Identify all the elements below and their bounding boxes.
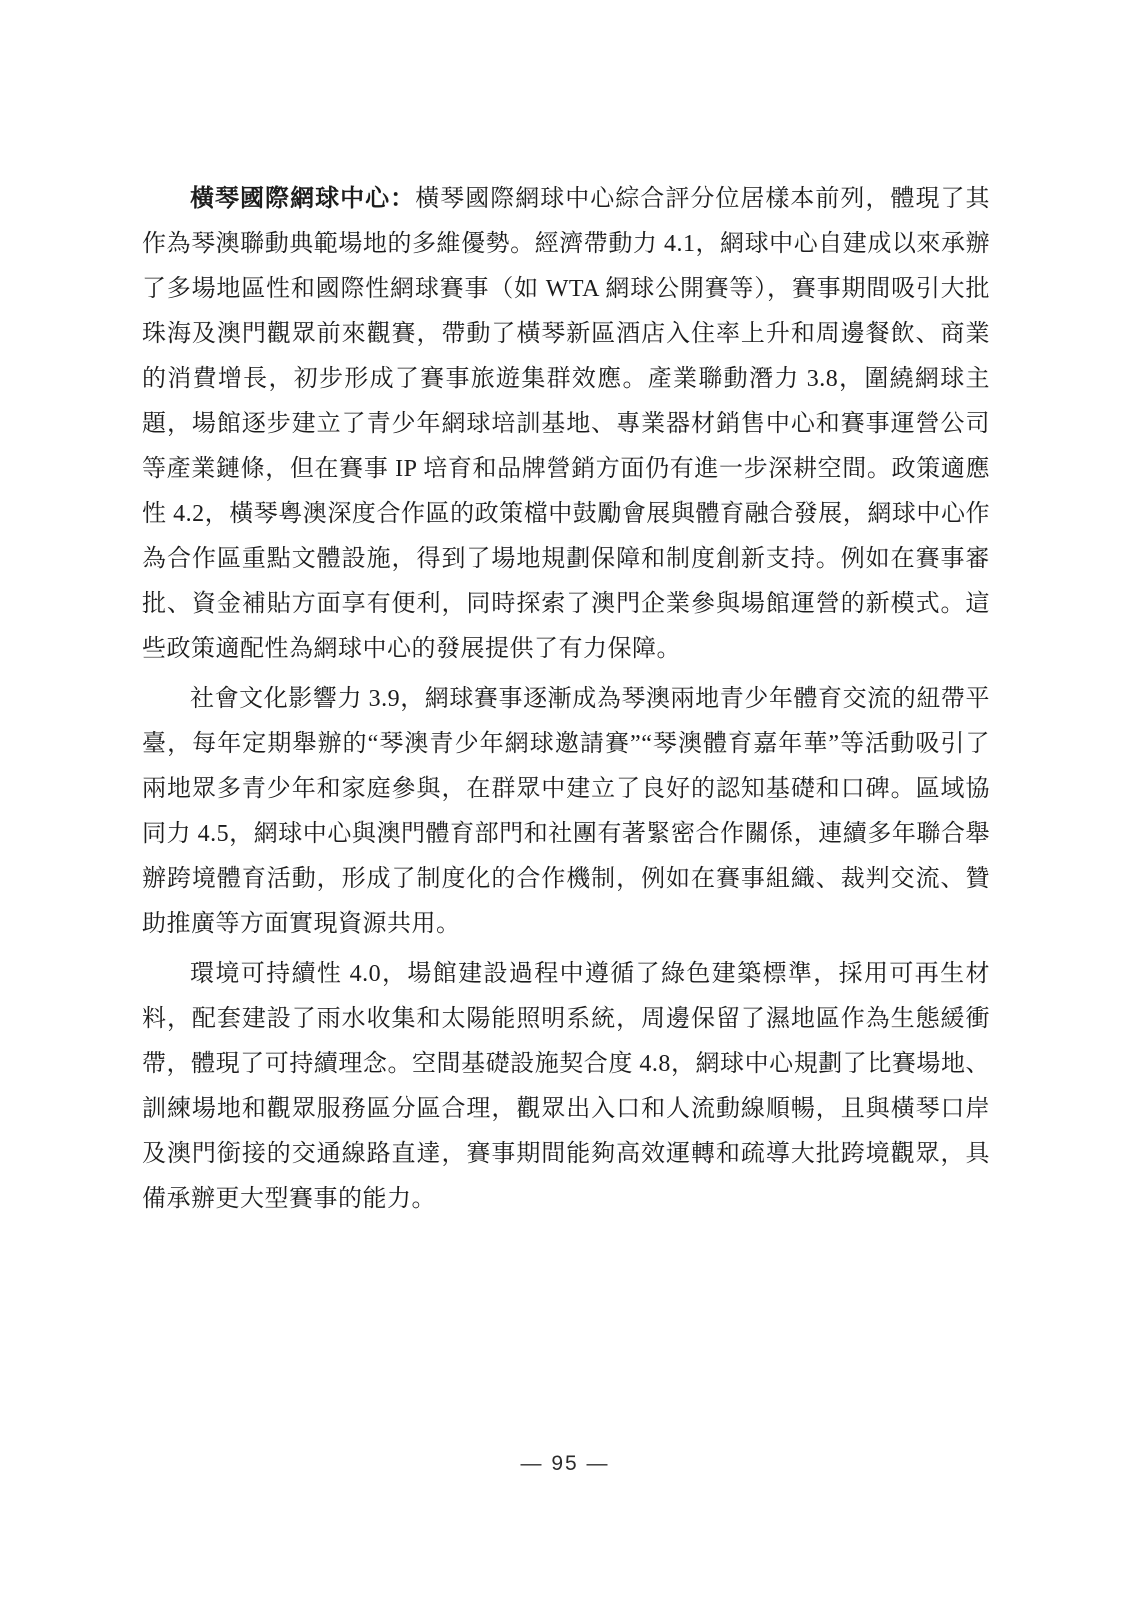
- paragraph-body: 社會文化影響力 3.9，網球賽事逐漸成為琴澳兩地青少年體育交流的紐帶平臺，每年定…: [142, 686, 990, 937]
- page-number: — 95 —: [520, 1452, 609, 1475]
- paragraph-lead: 橫琴國際網球中心：: [190, 186, 415, 212]
- paragraph-social-culture: 社會文化影響力 3.9，網球賽事逐漸成為琴澳兩地青少年體育交流的紐帶平臺，每年定…: [142, 677, 990, 947]
- document-page: 橫琴國際網球中心：橫琴國際網球中心綜合評分位居樣本前列，體現了其作為琴澳聯動典範…: [0, 0, 1130, 1600]
- page-footer: — 95 —: [0, 1452, 1130, 1476]
- paragraph-body: 環境可持續性 4.0，場館建設過程中遵循了綠色建築標準，採用可再生材料，配套建設…: [142, 961, 990, 1212]
- paragraph-body: 橫琴國際網球中心綜合評分位居樣本前列，體現了其作為琴澳聯動典範場地的多維優勢。經…: [142, 186, 990, 662]
- paragraph-environment: 環境可持續性 4.0，場館建設過程中遵循了綠色建築標準，採用可再生材料，配套建設…: [142, 952, 990, 1222]
- paragraph-overview: 橫琴國際網球中心：橫琴國際網球中心綜合評分位居樣本前列，體現了其作為琴澳聯動典範…: [142, 177, 990, 672]
- document-body: 橫琴國際網球中心：橫琴國際網球中心綜合評分位居樣本前列，體現了其作為琴澳聯動典範…: [142, 177, 990, 1227]
